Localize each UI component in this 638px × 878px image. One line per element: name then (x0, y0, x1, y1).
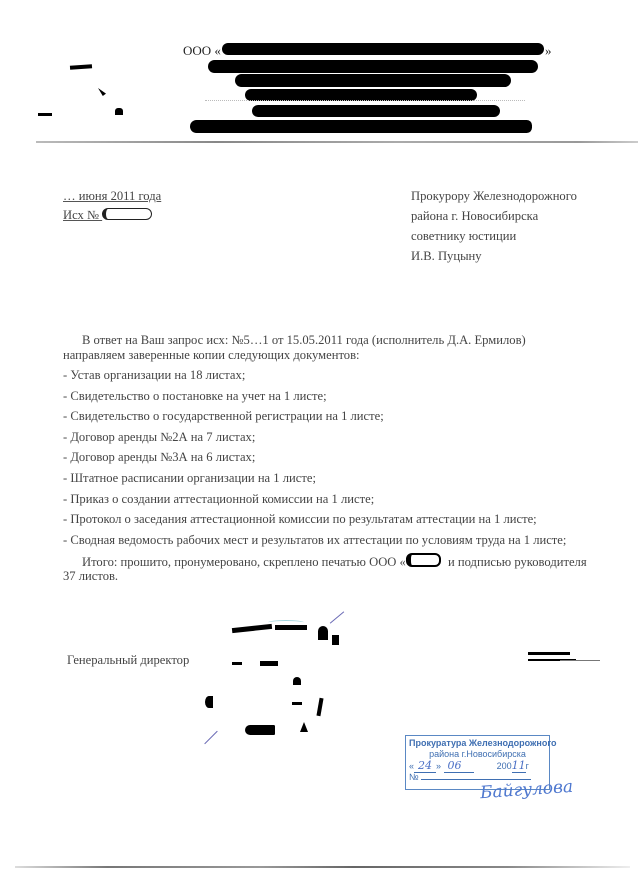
addressee-line: Прокурору Железнодорожного (411, 186, 577, 206)
signature-name-fragment (528, 652, 570, 655)
signature-fragment (316, 698, 323, 716)
logo-fragment (38, 113, 52, 116)
logo-fragment (98, 88, 106, 96)
pen-stroke (330, 611, 344, 623)
intro-line-1: В ответ на Ваш запрос исх: №5…1 от 15.05… (82, 333, 526, 348)
stamp-line-1: Прокуратура Железнодорожного (409, 738, 546, 749)
stamp-year: 11 (512, 759, 526, 773)
signature-fragment (205, 696, 213, 708)
addressee-line: района г. Новосибирска (411, 206, 577, 226)
org-prefix: ООО « (183, 43, 221, 58)
list-item: - Устав организации на 18 листах; (63, 365, 566, 386)
total-prefix: Итого: прошито, пронумеровано, скреплено… (82, 555, 406, 569)
signature-fragment (300, 722, 308, 732)
signature-name-fragment (560, 660, 600, 661)
list-item: - Протокол о заседания аттестационной ко… (63, 509, 566, 530)
signature-fragment (292, 702, 302, 705)
page-bottom-edge (15, 866, 630, 868)
redaction-org-name (222, 43, 544, 55)
addressee-line: советнику юстиции (411, 226, 577, 246)
redaction-account-line (190, 120, 532, 133)
redaction-address-line (208, 60, 538, 73)
total-line-1: Итого: прошито, пронумеровано, скреплено… (82, 553, 587, 570)
signature-fragment (232, 662, 242, 665)
outgoing-number-label: Исх № (63, 208, 99, 222)
letterhead-org-prefix: ООО « (183, 43, 221, 58)
redaction-email-line (252, 105, 500, 117)
signature-fragment (318, 626, 328, 640)
addressee-line: И.В. Пуцыну (411, 246, 577, 266)
stamp-month: 06 (444, 759, 474, 773)
pen-stroke (204, 731, 217, 744)
logo-fragment (70, 64, 92, 70)
logo-fragment (115, 108, 123, 115)
signature-fragment (332, 635, 339, 645)
stamp-year-prefix: 200 (497, 761, 512, 771)
redaction-phone-line (235, 74, 511, 87)
signature-fragment (232, 624, 272, 633)
signature-fragment (260, 661, 278, 666)
list-item: - Штатное расписании организации на 1 ли… (63, 468, 566, 489)
stamp-day: 24 (414, 759, 436, 773)
letter-date: … июня 2011 года (63, 189, 161, 204)
redaction-number (102, 208, 152, 220)
stamp-date: «24» 06 20011г (409, 760, 546, 772)
list-item: - Свидетельство о государственной регист… (63, 406, 566, 427)
signature-fragment (293, 677, 301, 685)
intro-line-2: направляем заверенные копии следующих до… (63, 348, 360, 363)
redaction-org-short (406, 553, 441, 567)
letterhead-divider (36, 141, 638, 143)
list-item: - Сводная ведомость рабочих мест и резул… (63, 530, 566, 551)
document-list: - Устав организации на 18 листах; - Свид… (63, 365, 566, 550)
seal-edge (268, 620, 304, 625)
list-item: - Договор аренды №2А на 7 листах; (63, 427, 566, 448)
list-item: - Договор аренды №3А на 6 листах; (63, 447, 566, 468)
addressee-block: Прокурору Железнодорожного района г. Нов… (411, 186, 577, 266)
outgoing-number: Исх № (63, 208, 152, 223)
letterhead-org-suffix: » (545, 43, 552, 58)
signature-fragment (275, 625, 307, 630)
total-suffix: и подписью руководителя (448, 555, 587, 569)
total-line-2: 37 листов. (63, 569, 118, 584)
stamp-year-suffix: г (526, 761, 529, 771)
stamp-number-label: № (409, 772, 419, 782)
signature-fragment (245, 725, 275, 735)
list-item: - Свидетельство о постановке на учет на … (63, 386, 566, 407)
signatory-position: Генеральный директор (67, 653, 189, 668)
list-item: - Приказ о создании аттестационной комис… (63, 489, 566, 510)
